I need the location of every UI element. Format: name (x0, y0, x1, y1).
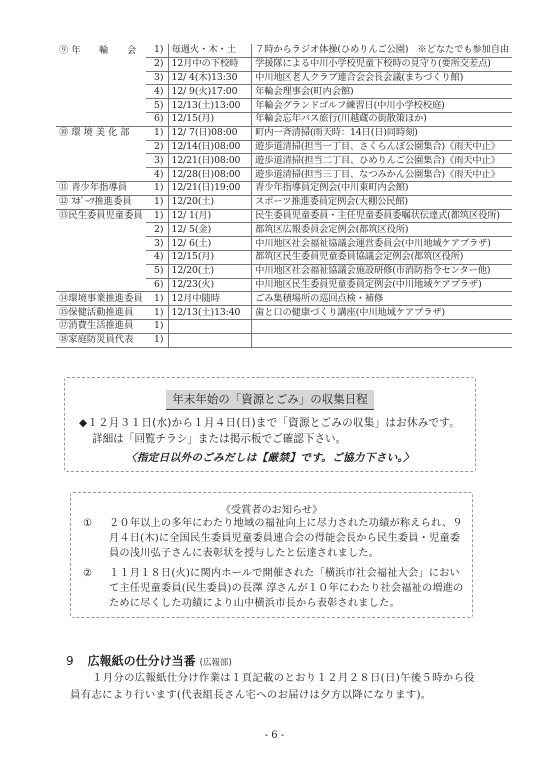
schedule-description: 遊歩道清掃(担当二丁目、ひめりんご公園集合)《雨天中止》 (252, 154, 512, 168)
award-item-text: ２０年以上の多年にわたり地域の福祉向上に尽力された功績が称えられ、９月４日(木)… (109, 516, 464, 561)
schedule-group-label (56, 99, 146, 113)
schedule-item-number: 1) (146, 181, 168, 195)
schedule-group-label (56, 264, 146, 278)
schedule-group-label (56, 85, 146, 99)
schedule-row: ⑨ 年 輪 会1)毎週火・木・土７時からラジオ体操(ひめりんご公園) ※どなたで… (56, 44, 512, 57)
schedule-item-number: 3) (146, 237, 168, 251)
schedule-group-label (56, 140, 146, 154)
schedule-description: ごみ集積場所の巡回点検・補修 (252, 292, 512, 306)
schedule-description: 年輪会グランドゴルフ練習日(中川小学校校庭) (252, 99, 512, 113)
schedule-description: 都筑区広報委員会定例会(都筑区役所) (252, 223, 512, 237)
schedule-group-label (56, 250, 146, 264)
schedule-item-number: 1) (146, 333, 168, 347)
schedule-item-number: 4) (146, 85, 168, 99)
award-item: ① ２０年以上の多年にわたり地域の福祉向上に尽力された功績が称えられ、９月４日(… (83, 516, 464, 561)
schedule-row: ⑪ 青少年指導員1)12/21(日)19:00青少年指導員定例会(中川東町内会館… (56, 181, 512, 195)
schedule-date: 12/ 5(金) (168, 223, 252, 237)
schedule-group-label: ⑪ 青少年指導員 (56, 181, 146, 195)
schedule-row: 4)12/28(日)08:00遊歩道清掃(担当三丁目、なつみかん公園集合)《雨天… (56, 168, 512, 182)
schedule-item-number: 1) (146, 195, 168, 209)
schedule-description (252, 319, 512, 333)
section-9-body: １月分の広報紙仕分け作業は１頁記載のとおり１２月２８日(日)午後５時から役 員有… (72, 670, 512, 704)
schedule-group-label (56, 237, 146, 251)
award-notice-title: 《受賞者のお知らせ》 (71, 501, 472, 516)
garbage-notice-line1: ◆１２月３１日(水)から１月４日(日)まで「資源とごみの収集」はお休みです。 (79, 415, 460, 430)
schedule-date (168, 333, 252, 347)
schedule-row: ⑰消費生活推進員1) (56, 319, 512, 333)
section-dept: (広報部) (200, 658, 232, 668)
schedule-group-label: ⑩ 環 境 美 化 部 (56, 126, 146, 140)
schedule-date: 12/13(土)13:40 (168, 306, 252, 320)
schedule-item-number: 1) (146, 306, 168, 320)
schedule-row: 3)12/21(日)08:00遊歩道清掃(担当二丁目、ひめりんご公園集合)《雨天… (56, 154, 512, 168)
award-item-number: ② (83, 566, 92, 581)
schedule-item-number: 6) (146, 278, 168, 292)
schedule-item-number: 3) (146, 154, 168, 168)
schedule-row: 3)12/ 4(木)13:30中川地区老人クラブ連合会会長会議(まちづくり館) (56, 71, 512, 85)
schedule-description: ７時からラジオ体操(ひめりんご公園) ※どなたでも参加自由 (252, 44, 512, 57)
schedule-item-number: 3) (146, 71, 168, 85)
schedule-row: 6)12/23(火)中川地区民生委員児童委員定例会(中川地域ケアプラザ) (56, 278, 512, 292)
schedule-description: 青少年指導員定例会(中川東町内会館) (252, 181, 512, 195)
schedule-date: 12/23(火) (168, 278, 252, 292)
schedule-row: ⑮保健活動推進員1)12/13(土)13:40歯と口の健康づくり講座(中川地域ケ… (56, 306, 512, 320)
schedule-group-label (56, 278, 146, 292)
schedule-row: ⑭環境事業推進委員1)12月中随時ごみ集積場所の巡回点検・補修 (56, 292, 512, 306)
schedule-item-number: 1) (146, 126, 168, 140)
schedule-table: ⑨ 年 輪 会1)毎週火・木・土７時からラジオ体操(ひめりんご公園) ※どなたで… (56, 44, 512, 348)
schedule-date: 12/ 7(日)08:00 (168, 126, 252, 140)
section-title: 広報紙の仕分け当番 (88, 654, 196, 668)
schedule-date: 12/20(土) (168, 195, 252, 209)
schedule-row: 6)12/15(月)年輪会忘年バス旅行(川越蔵の街散策ほか) (56, 112, 512, 126)
schedule-description: 都筑区民生委員児童委員協議会定例会(都筑区役所) (252, 250, 512, 264)
schedule-date: 12/ 6(土) (168, 237, 252, 251)
schedule-group-label: ⑭環境事業推進委員 (56, 292, 146, 306)
schedule-date: 12/21(日)08:00 (168, 154, 252, 168)
schedule-description: 学援隊による中川小学校児童下校時の見守り(要所交差点) (252, 57, 512, 71)
schedule-description: 年輪会理事会(町内会館) (252, 85, 512, 99)
schedule-date: 12/14(日)08:00 (168, 140, 252, 154)
schedule-description: 民生委員児童委員・主任児童委員委嘱状伝達式(都筑区役所) (252, 209, 512, 223)
section-9-line1: １月分の広報紙仕分け作業は１頁記載のとおり１２月２８日(日)午後５時から役 (72, 670, 512, 687)
schedule-date: 12/ 4(木)13:30 (168, 71, 252, 85)
schedule-group-label (56, 57, 146, 71)
schedule-row: ⑬民生委員児童委員1)12/ 1(月)民生委員児童委員・主任児童委員委嘱状伝達式… (56, 209, 512, 223)
schedule-item-number: 2) (146, 223, 168, 237)
award-item-number: ① (83, 516, 92, 531)
schedule-group-label: ⑰消費生活推進員 (56, 319, 146, 333)
schedule-row: 3)12/ 6(土)中川地区社会福祉協議会運営委員会(中川地域ケアプラザ) (56, 237, 512, 251)
schedule-row: ⑩ 環 境 美 化 部1)12/ 7(日)08:00町内一斉清掃(雨天時：14日… (56, 126, 512, 140)
schedule-description: 遊歩道清掃(担当一丁目、さくらんぼ公園集合)《雨天中止》 (252, 140, 512, 154)
schedule-item-number: 4) (146, 168, 168, 182)
award-item: ② １１月１８日(火)に関内ホールで開催された「横浜市社会福祉大会」において主任… (83, 566, 464, 611)
schedule-description: 歯と口の健康づくり講座(中川地域ケアプラザ) (252, 306, 512, 320)
award-notice: 《受賞者のお知らせ》 ① ２０年以上の多年にわたり地域の福祉向上に尽力された功績… (70, 492, 473, 618)
schedule-date: 12/20(土) (168, 264, 252, 278)
section-number: 9 (66, 654, 74, 668)
schedule-date: 12月中随時 (168, 292, 252, 306)
garbage-collection-notice: 年末年始の「資源とごみ」の収集日程 ◆１２月３１日(水)から１月４日(日)まで「… (64, 377, 476, 472)
schedule-date: 12月中の下校時 (168, 57, 252, 71)
schedule-date: 毎週火・木・土 (168, 44, 252, 57)
schedule-description: 遊歩道清掃(担当三丁目、なつみかん公園集合)《雨天中止》 (252, 168, 512, 182)
schedule-row: 2)12/ 5(金)都筑区広報委員会定例会(都筑区役所) (56, 223, 512, 237)
schedule-item-number: 6) (146, 112, 168, 126)
schedule-item-number: 1) (146, 44, 168, 57)
schedule-description (252, 333, 512, 347)
schedule-item-number: 1) (146, 209, 168, 223)
schedule-date: 12/ 9(火)17:00 (168, 85, 252, 99)
schedule-group-label: ⑱家庭防災員代表 (56, 333, 146, 347)
schedule-description: スポーツ推進委員定例会(大棚公民館) (252, 195, 512, 209)
schedule-description: 年輪会忘年バス旅行(川越蔵の街散策ほか) (252, 112, 512, 126)
schedule-row: 2)12/14(日)08:00遊歩道清掃(担当一丁目、さくらんぼ公園集合)《雨天… (56, 140, 512, 154)
schedule-group-label (56, 223, 146, 237)
garbage-notice-title: 年末年始の「資源とごみ」の収集日程 (65, 390, 475, 410)
section-9-heading: 9広報紙の仕分け当番(広報部) (66, 652, 232, 669)
schedule-date: 12/21(日)19:00 (168, 181, 252, 195)
schedule-group-label (56, 154, 146, 168)
schedule-group-label: ⑬民生委員児童委員 (56, 209, 146, 223)
schedule-item-number: 2) (146, 57, 168, 71)
schedule-date (168, 319, 252, 333)
schedule-description: 中川地区民生委員児童委員定例会(中川地域ケアプラザ) (252, 278, 512, 292)
schedule-description: 中川地区老人クラブ連合会会長会議(まちづくり館) (252, 71, 512, 85)
schedule-description: 中川地区社会福祉協議会施設研修(市消防指令センター他) (252, 264, 512, 278)
document-page: ⑨ 年 輪 会1)毎週火・木・土７時からラジオ体操(ひめりんご公園) ※どなたで… (0, 0, 549, 776)
schedule-row: 4)12/ 9(火)17:00年輪会理事会(町内会館) (56, 85, 512, 99)
schedule-group-label: ⑨ 年 輪 会 (56, 44, 146, 57)
award-item-text: １１月１８日(火)に関内ホールで開催された「横浜市社会福祉大会」において主任児童… (109, 566, 464, 611)
schedule-date: 12/15(月) (168, 250, 252, 264)
schedule-description: 中川地区社会福祉協議会運営委員会(中川地域ケアプラザ) (252, 237, 512, 251)
schedule-row: ⑱家庭防災員代表1) (56, 333, 512, 347)
schedule-item-number: 1) (146, 292, 168, 306)
schedule-row: 2)12月中の下校時学援隊による中川小学校児童下校時の見守り(要所交差点) (56, 57, 512, 71)
schedule-date: 12/ 1(月) (168, 209, 252, 223)
schedule-group-label (56, 168, 146, 182)
schedule-group-label: ⑮保健活動推進員 (56, 306, 146, 320)
schedule-item-number: 4) (146, 250, 168, 264)
garbage-notice-line2: 詳細は「回覧チラシ」または掲示板でご確認下さい。 (92, 431, 346, 446)
section-9-line2: 員有志により行います(代表組長さん宅へのお届けは夕方以降になります)。 (70, 687, 512, 704)
schedule-item-number: 2) (146, 140, 168, 154)
schedule-row: ⑫ ｽﾎﾟｰﾂ推進委員1)12/20(土)スポーツ推進委員定例会(大棚公民館) (56, 195, 512, 209)
schedule-item-number: 5) (146, 264, 168, 278)
schedule-item-number: 5) (146, 99, 168, 113)
garbage-notice-warning: 〈指定日以外のごみだしは【厳禁】です。ご協力下さい。〉 (65, 450, 475, 465)
schedule-row: 5)12/13(土)13:00年輪会グランドゴルフ練習日(中川小学校校庭) (56, 99, 512, 113)
schedule-group-label: ⑫ ｽﾎﾟｰﾂ推進委員 (56, 195, 146, 209)
page-number: - 6 - (0, 730, 549, 741)
schedule-group-label (56, 71, 146, 85)
schedule-date: 12/28(日)08:00 (168, 168, 252, 182)
schedule-date: 12/13(土)13:00 (168, 99, 252, 113)
schedule-item-number: 1) (146, 319, 168, 333)
schedule-row: 5)12/20(土)中川地区社会福祉協議会施設研修(市消防指令センター他) (56, 264, 512, 278)
schedule-description: 町内一斉清掃(雨天時：14日(日)同時刻) (252, 126, 512, 140)
schedule-row: 4)12/15(月)都筑区民生委員児童委員協議会定例会(都筑区役所) (56, 250, 512, 264)
schedule-date: 12/15(月) (168, 112, 252, 126)
schedule-group-label (56, 112, 146, 126)
